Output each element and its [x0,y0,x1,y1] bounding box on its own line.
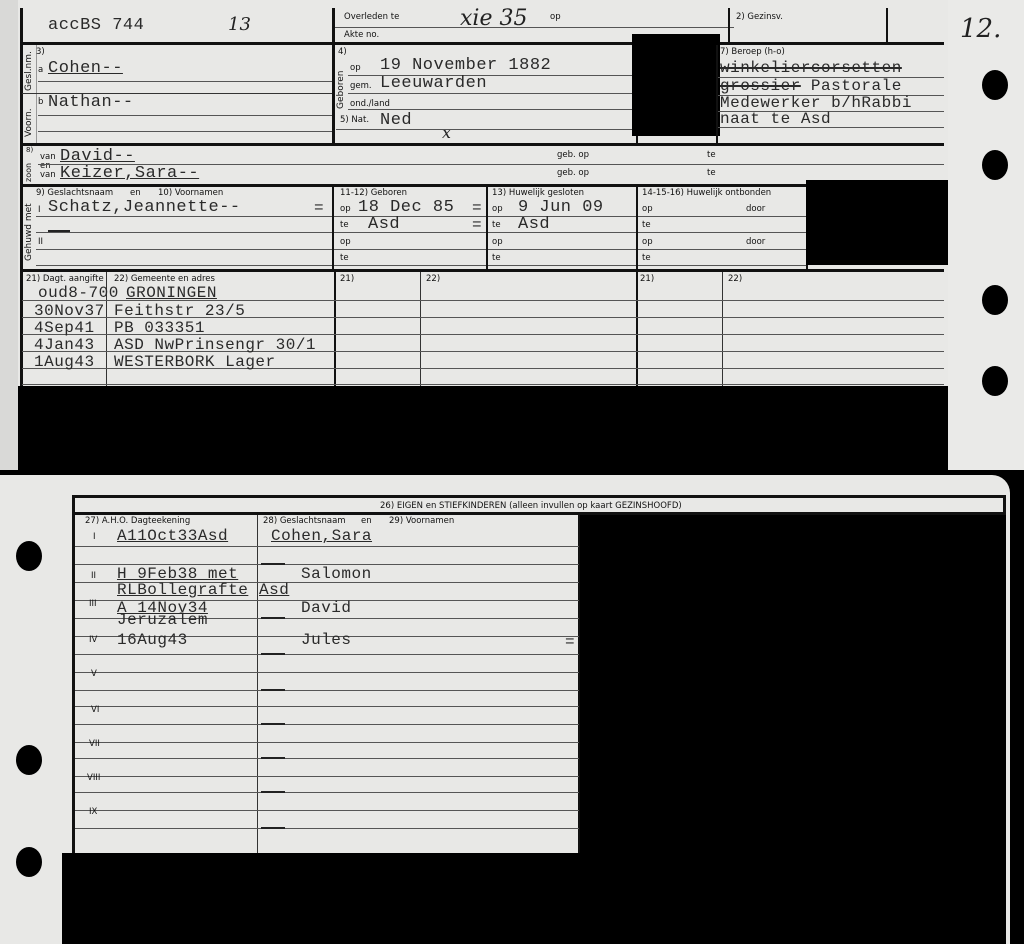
child-name: Salomon [301,565,372,583]
overleden-te-label: Overleden te [344,12,399,22]
div-te-label: te [642,220,651,230]
check-mark: x [442,123,451,142]
te-label-2: te [707,168,716,178]
occupation-line-2: grossier Pastorale [720,77,902,95]
wed-op-label-2: op [492,237,503,247]
rule [38,115,332,116]
punch-hole [982,70,1008,100]
rule [75,654,579,655]
address-row-date: 4Jan43 [34,336,95,354]
child-roman: V [91,669,97,679]
roman-i: I [38,205,41,215]
child-roman: I [93,532,96,542]
occupation-section: 7) Beroep (h-o) winkeliercorsetten gross… [718,45,944,143]
child-name: David [301,599,352,617]
divider [636,187,638,269]
divider [486,187,488,269]
punch-hole [16,541,42,571]
short-mark [261,617,285,619]
zoon-side-label: zoon [24,163,33,182]
address-section: 21) Dagt. aangifte 22) Gemeente en adres… [22,272,944,386]
child-aho: 16Aug43 [117,631,188,649]
rule [75,758,579,759]
parents-section: zoon 8) van David-- en geb. op te van Ke… [22,146,944,184]
rule [336,129,636,130]
short-mark [261,563,285,565]
short-mark [261,827,285,829]
punch-hole [16,745,42,775]
rule [348,109,638,110]
birth-gem-label: gem. [350,81,372,91]
top-card: accBS 744 13 Overleden te xie 35 op Akte… [0,0,1024,470]
divider [332,187,334,269]
rule [75,546,579,547]
address-row-address: GRONINGEN [126,284,217,302]
short-mark [261,791,285,793]
van2-label: van [40,170,56,180]
card-right-margin [948,0,1024,470]
rule [38,81,332,82]
punch-hole [982,285,1008,315]
divider [257,515,258,853]
rule [38,131,332,132]
child-roman: IX [89,807,97,817]
card-left-edge [0,0,18,470]
rule [36,216,332,217]
rule [488,216,636,217]
rule [638,265,806,266]
parents-section-number: 8) [26,146,33,154]
rule [75,776,579,777]
redaction-block [806,180,948,265]
born-te-label: te [340,220,349,230]
name-section: Gesl.nm. Voorn. 3) a Cohen-- b Nathan-- [22,45,332,143]
divorce-header: 14-15-16) Huwelijk ontbonden [642,188,771,198]
redaction-block [632,34,720,136]
rule [75,792,579,793]
div-te-label-2: te [642,253,651,263]
rule [334,249,486,250]
born-op-label: op [340,204,351,214]
rule [75,690,579,691]
addr-col6-header: 22) [728,274,742,284]
rule [334,232,486,233]
address-row-date: 1Aug43 [34,353,95,371]
short-mark [261,723,285,725]
div-door-label: door [746,204,765,214]
bottom-card: 26) EIGEN en STIEFKINDEREN (alleen invul… [0,475,1010,944]
address-row-address: WESTERBORK Lager [114,353,276,371]
child-roman: VIII [87,773,100,783]
born-te-label-2: te [340,253,349,263]
rule [72,495,1006,498]
rule [638,216,806,217]
rule [75,742,579,743]
child-eq: = [565,633,575,651]
header-row: accBS 744 13 Overleden te xie 35 op Akte… [22,8,944,44]
spouse-eq: = [314,199,324,217]
occupation-line-4: naat te Asd [720,110,831,128]
born-eq-1: = [472,199,482,217]
geboren-side-label: Geboren [336,71,346,109]
address-row-address: Feithstr 23/5 [114,302,245,320]
rule [348,93,638,94]
addr-col4-header: 22) [426,274,440,284]
akte-no-label: Akte no. [344,30,379,40]
divider [728,8,730,44]
gehuwd-met-side-label: Gehuwd met [24,203,34,261]
rule [488,249,636,250]
occupation-struck-line-1: winkeliercorsetten [720,59,902,77]
child-surname-header: 28) Geslachtsnaam [263,516,346,526]
rule [75,828,579,829]
spouse-value: Schatz,Jeannette-- [48,198,241,217]
birth-date-value: 19 November 1882 [380,56,551,75]
spouse-surname-header: 9) Geslachtsnaam [36,188,113,198]
name-section-number: 3) [36,47,45,57]
addr-col3-header: 21) [340,274,354,284]
short-mark [261,689,285,691]
gezinsv-label: 2) Gezinsv. [736,12,783,22]
occupation-label: 7) Beroep (h-o) [720,47,785,57]
geb-op-label-2: geb. op [557,168,589,178]
rule [334,216,486,217]
voorn-side-label: Voorn. [24,108,34,137]
rule [334,27,734,28]
child-name: Cohen,Sara [271,527,372,545]
addr-address-header: 22) Gemeente en adres [114,274,215,284]
addr-date-header: 21) Dagt. aangifte [26,274,104,284]
child-aho: A11Oct33Asd [117,527,228,545]
short-mark [261,653,285,655]
child-firstnames-header: 29) Voornamen [389,516,454,526]
address-row-address: PB 033351 [114,319,205,337]
punch-hole [982,150,1008,180]
wed-header: 13) Huwelijk gesloten [492,188,584,198]
children-table: 27) A.H.O. Dagteekening 28) Geslachtsnaa… [75,515,579,853]
child-en-header: en [361,516,372,526]
child-aho-line2: RLBollegrafte [117,581,248,599]
short-mark [261,757,285,759]
overleden-op-label: op [550,12,561,22]
occupation-line-2-rest: Pastorale [801,77,902,95]
redaction-block [18,386,948,470]
punch-hole [16,847,42,877]
rule [36,265,332,266]
spouse-en-header: en [130,188,141,198]
rule [75,810,579,811]
div-op-label-2: op [642,237,653,247]
ond-land-label: ond./land [350,99,390,109]
rule [36,232,332,233]
te-label-1: te [707,150,716,160]
divider [332,8,335,145]
child-roman: III [89,599,97,609]
birth-section: 4) Geboren op 19 November 1882 gem. Leeu… [336,45,636,143]
reference-number: accBS 744 [48,16,144,35]
address-row-date: oud8-700 [38,284,119,302]
a-marker: a [38,65,43,75]
geb-op-label-1: geb. op [557,150,589,160]
wed-te-label: te [492,220,501,230]
occupation-struck-line-2: grossier [720,77,801,95]
wed-te-label-2: te [492,253,501,263]
margin-number-display: 12. [960,14,1001,44]
rule [22,384,944,385]
divider [36,45,37,143]
aho-header: 27) A.H.O. Dagteekening [85,516,190,526]
roman-ii: II [38,237,43,247]
wed-op-label: op [492,204,503,214]
address-row-date: 4Sep41 [34,319,95,337]
rule [638,232,806,233]
rule [638,249,806,250]
children-section-header: 26) EIGEN en STIEFKINDEREN (alleen invul… [380,501,682,511]
punch-hole [982,366,1008,396]
mother-value: Keizer,Sara-- [60,164,199,183]
nat-label: 5) Nat. [340,115,369,125]
child-roman: IV [89,635,97,645]
birth-place-value: Leeuwarden [380,74,487,93]
rule [75,706,579,707]
born-header: 11-12) Geboren [340,188,407,198]
rule [75,724,579,725]
rule [36,249,332,250]
child-aho-line2: Jeruzalem [117,611,208,629]
rule [75,672,579,673]
birth-op-label: op [350,63,361,73]
child-roman: VI [91,705,99,715]
rule [488,265,636,266]
rule [488,232,636,233]
nationality-value: Ned [380,111,412,130]
divider [886,8,888,44]
birth-section-number: 4) [338,47,347,57]
div-op-label: op [642,204,653,214]
child-name-line2: Asd [259,581,289,599]
addr-col5-header: 21) [640,274,654,284]
div-door-label-2: door [746,237,765,247]
child-name: Jules [301,631,352,649]
born-op-label-2: op [340,237,351,247]
spouse-firstnames-header: 10) Voornamen [158,188,223,198]
child-roman: II [91,571,96,581]
surname-value: Cohen-- [48,59,123,78]
address-row-address: ASD NwPrinsengr 30/1 [114,336,316,354]
child-roman: VII [89,739,100,749]
rule [334,265,486,266]
b-marker: b [38,97,43,107]
rule [718,127,944,128]
first-names-value: Nathan-- [48,93,134,112]
handwritten-number: 13 [228,14,251,35]
gesl-side-label: Gesl.nm. [24,51,34,91]
address-row-date: 30Nov37 [34,302,105,320]
redaction-block [62,853,1006,944]
